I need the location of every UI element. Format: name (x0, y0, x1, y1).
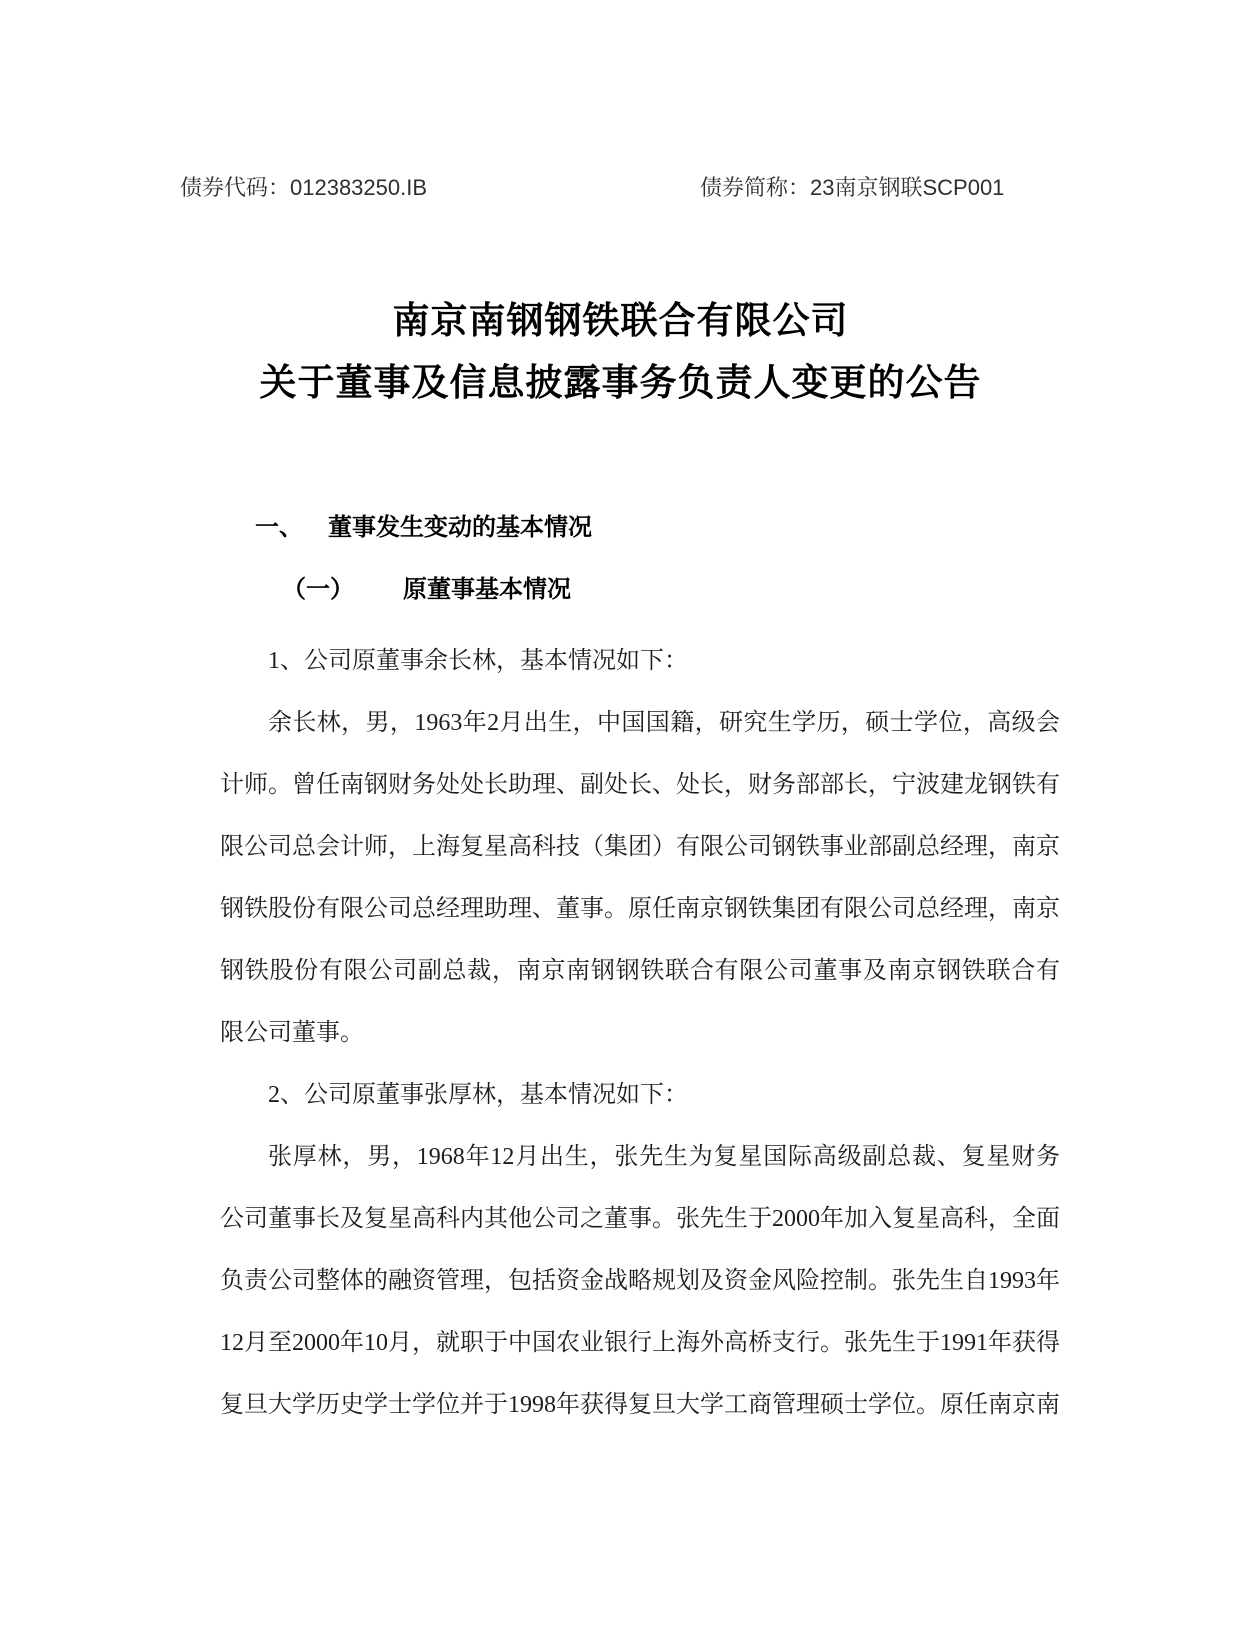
para1-line: 余长林，男，1963年2月出生，中国国籍，研究生学历，硕士学位，高级会 (220, 692, 1060, 754)
para2-line: 公司董事长及复星高科内其他公司之董事。张先生于2000年加入复星高科，全面 (220, 1188, 1060, 1250)
section-number: 一、 (255, 514, 303, 541)
para2-line: 负责公司整体的融资管理，包括资金战略规划及资金风险控制。张先生自1993年 (220, 1250, 1060, 1312)
subsection-title: 原董事基本情况 (403, 576, 571, 603)
para1-line: 钢铁股份有限公司总经理助理、董事。原任南京钢铁集团有限公司总经理，南京 (220, 878, 1060, 940)
bond-code: 债券代码：012383250.IB (180, 172, 427, 204)
section-heading-1: 一、董事发生变动的基本情况 (255, 497, 592, 559)
bond-short-name: 债券简称：23南京钢联SCP001 (700, 172, 1004, 204)
para1-line: 限公司总会计师，上海复星高科技（集团）有限公司钢铁事业部副总经理，南京 (220, 816, 1060, 878)
para1-line: 钢铁股份有限公司副总裁，南京南钢钢铁联合有限公司董事及南京钢铁联合有 (220, 940, 1060, 1002)
body-text: 1、公司原董事余长林，基本情况如下： 余长林，男，1963年2月出生，中国国籍，… (220, 630, 1060, 1436)
para2-line: 复旦大学历史学士学位并于1998年获得复旦大学工商管理硕士学位。原任南京南 (220, 1374, 1060, 1436)
para1-line: 限公司董事。 (220, 1002, 1060, 1064)
title-line-2: 关于董事及信息披露事务负责人变更的公告 (0, 352, 1241, 414)
subsection-number: （一） (282, 576, 354, 603)
list-item-2: 2、公司原董事张厚林，基本情况如下： (220, 1064, 1060, 1126)
para2-line: 12月至2000年10月，就职于中国农业银行上海外高桥支行。张先生于1991年获… (220, 1312, 1060, 1374)
title-line-1: 南京南钢钢铁联合有限公司 (0, 290, 1241, 352)
document-title: 南京南钢钢铁联合有限公司 关于董事及信息披露事务负责人变更的公告 (0, 290, 1241, 414)
para2-line: 张厚林，男，1968年12月出生，张先生为复星国际高级副总裁、复星财务 (220, 1126, 1060, 1188)
section-title: 董事发生变动的基本情况 (328, 514, 592, 541)
subsection-heading-1: （一）原董事基本情况 (282, 559, 571, 621)
document-page: 债券代码：012383250.IB 债券简称：23南京钢联SCP001 南京南钢… (0, 0, 1241, 1650)
list-item-1: 1、公司原董事余长林，基本情况如下： (220, 630, 1060, 692)
bond-info-row: 债券代码：012383250.IB 债券简称：23南京钢联SCP001 (0, 172, 1241, 204)
para1-line: 计师。曾任南钢财务处处长助理、副处长、处长，财务部部长，宁波建龙钢铁有 (220, 754, 1060, 816)
